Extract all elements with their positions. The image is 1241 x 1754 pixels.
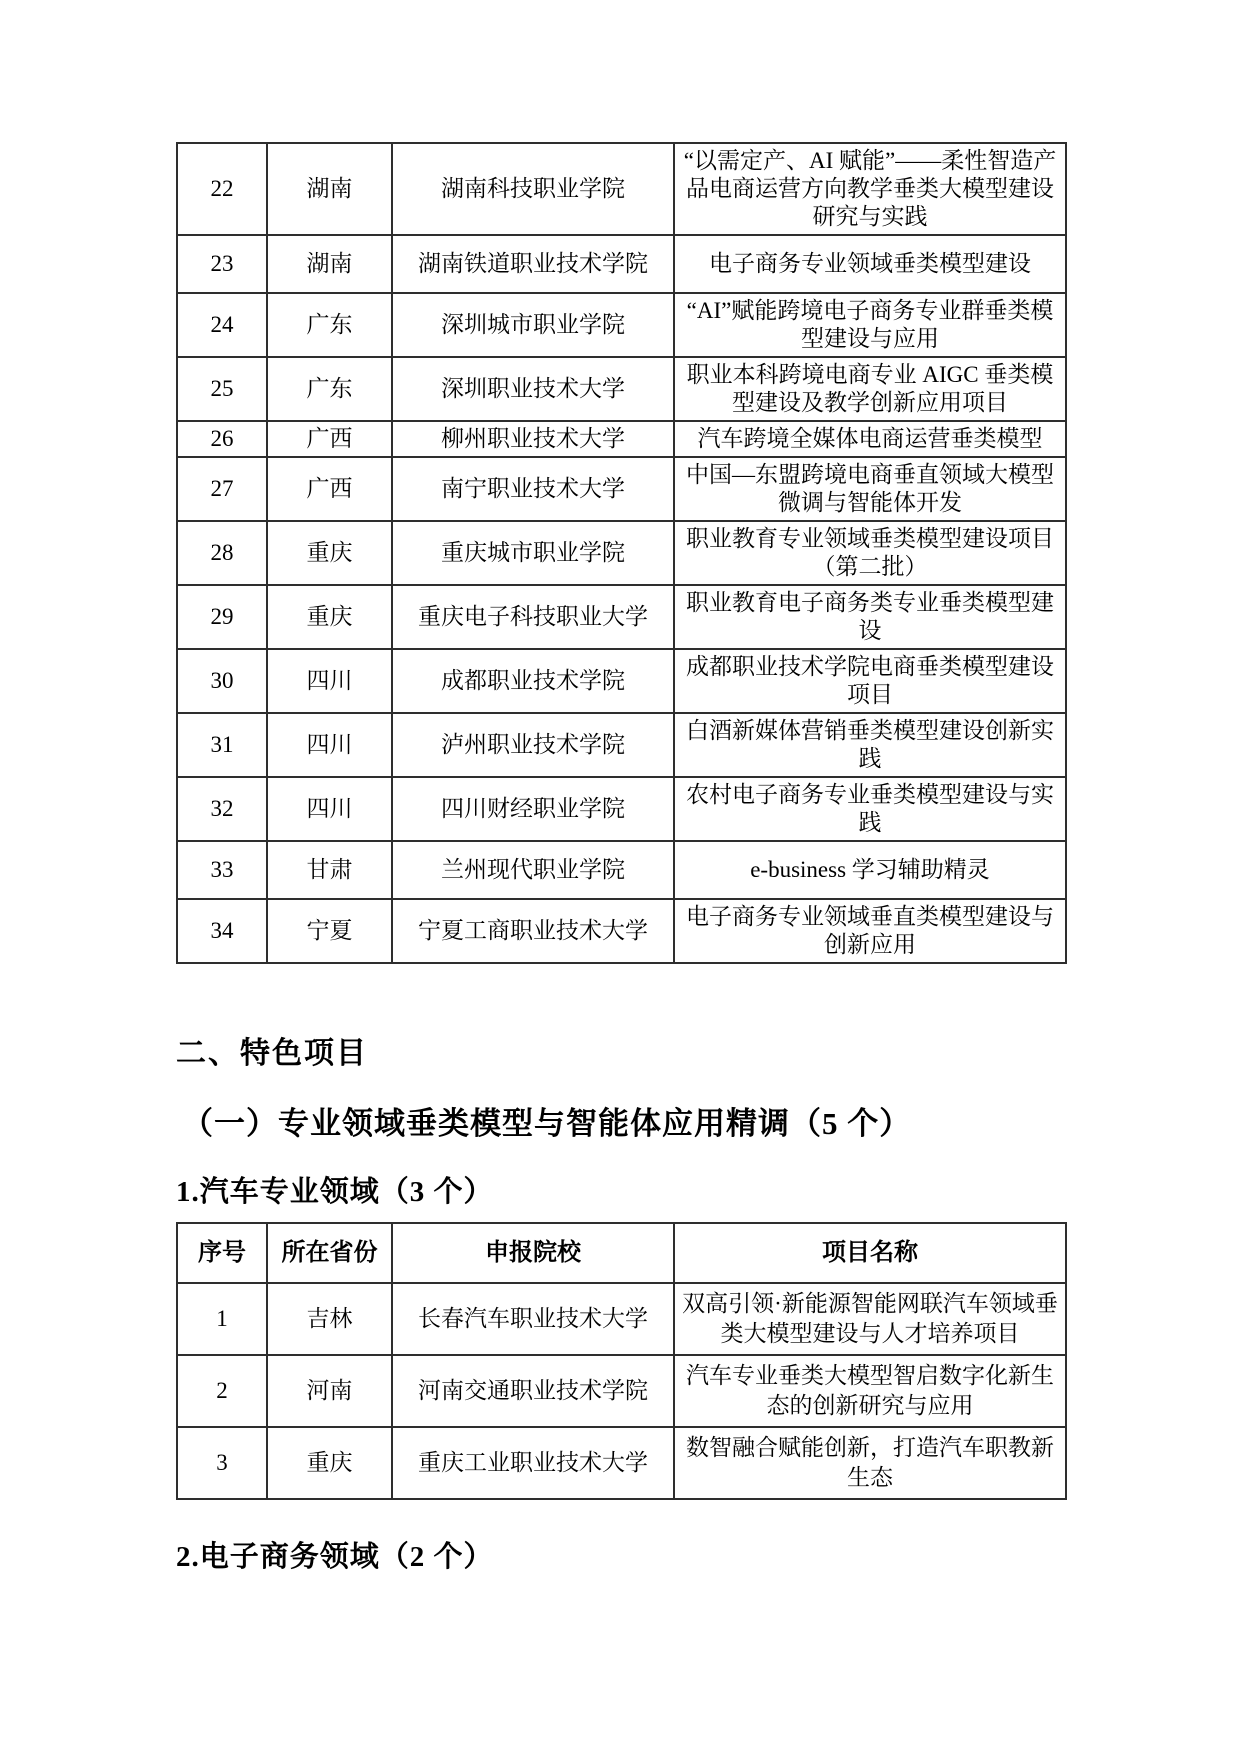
serial-cell: 29 [177,585,267,649]
province-cell: 广东 [267,293,392,357]
province-cell: 重庆 [267,585,392,649]
numbered-heading-automotive-domain: 1.汽车专业领域（3 个） [176,1169,1065,1210]
project-cell: 白酒新媒体营销垂类模型建设创新实践 [674,713,1066,777]
numbered-heading-ecommerce-domain: 2.电子商务领域（2 个） [176,1534,1065,1575]
project-cell: 成都职业技术学院电商垂类模型建设项目 [674,649,1066,713]
serial-cell: 27 [177,457,267,521]
table-row: 33 甘肃 兰州现代职业学院 e-business 学习辅助精灵 [177,841,1066,899]
school-cell: 宁夏工商职业技术大学 [392,899,674,963]
table-row: 25 广东 深圳职业技术大学 职业本科跨境电商专业 AIGC 垂类模型建设及教学… [177,357,1066,421]
table-row: 32 四川 四川财经职业学院 农村电子商务专业垂类模型建设与实践 [177,777,1066,841]
school-cell: 重庆工业职业技术大学 [392,1427,674,1499]
school-cell: 长春汽车职业技术大学 [392,1283,674,1355]
table-row: 1 吉林 长春汽车职业技术大学 双高引领·新能源智能网联汽车领域垂类大模型建设与… [177,1283,1066,1355]
header-school: 申报院校 [392,1223,674,1283]
serial-cell: 31 [177,713,267,777]
serial-cell: 25 [177,357,267,421]
table-row: 28 重庆 重庆城市职业学院 职业教育专业领域垂类模型建设项目（第二批） [177,521,1066,585]
table-header-row: 序号 所在省份 申报院校 项目名称 [177,1223,1066,1283]
province-cell: 四川 [267,713,392,777]
school-cell: 深圳城市职业学院 [392,293,674,357]
province-cell: 河南 [267,1355,392,1427]
table-row: 29 重庆 重庆电子科技职业大学 职业教育电子商务类专业垂类模型建设 [177,585,1066,649]
project-cell: 中国—东盟跨境电商垂直领域大模型微调与智能体开发 [674,457,1066,521]
province-cell: 四川 [267,649,392,713]
project-list-table: 22 湖南 湖南科技职业学院 “以需定产、AI 赋能”——柔性智造产品电商运营方… [176,142,1067,964]
table-row: 27 广西 南宁职业技术大学 中国—东盟跨境电商垂直领域大模型微调与智能体开发 [177,457,1066,521]
serial-cell: 28 [177,521,267,585]
province-cell: 湖南 [267,235,392,293]
school-cell: 湖南科技职业学院 [392,143,674,235]
serial-cell: 34 [177,899,267,963]
subsection-heading-vertical-model-finetune: （一）专业领域垂类模型与智能体应用精调（5 个） [182,1098,1065,1143]
serial-cell: 24 [177,293,267,357]
province-cell: 湖南 [267,143,392,235]
serial-cell: 2 [177,1355,267,1427]
project-cell: 数智融合赋能创新，打造汽车职教新生态 [674,1427,1066,1499]
school-cell: 兰州现代职业学院 [392,841,674,899]
serial-cell: 23 [177,235,267,293]
province-cell: 重庆 [267,521,392,585]
school-cell: 成都职业技术学院 [392,649,674,713]
table-row: 34 宁夏 宁夏工商职业技术大学 电子商务专业领域垂直类模型建设与创新应用 [177,899,1066,963]
province-cell: 四川 [267,777,392,841]
section-heading-special-projects: 二、特色项目 [176,1028,1065,1072]
serial-cell: 3 [177,1427,267,1499]
school-cell: 河南交通职业技术学院 [392,1355,674,1427]
province-cell: 重庆 [267,1427,392,1499]
header-project: 项目名称 [674,1223,1066,1283]
province-cell: 吉林 [267,1283,392,1355]
automotive-projects-table: 序号 所在省份 申报院校 项目名称 1 吉林 长春汽车职业技术大学 双高引领·新… [176,1222,1067,1500]
project-cell: “以需定产、AI 赋能”——柔性智造产品电商运营方向教学垂类大模型建设研究与实践 [674,143,1066,235]
table-row: 24 广东 深圳城市职业学院 “AI”赋能跨境电子商务专业群垂类模型建设与应用 [177,293,1066,357]
serial-cell: 32 [177,777,267,841]
table-row: 30 四川 成都职业技术学院 成都职业技术学院电商垂类模型建设项目 [177,649,1066,713]
province-cell: 广西 [267,457,392,521]
project-cell: 汽车跨境全媒体电商运营垂类模型 [674,421,1066,457]
project-cell: 职业教育专业领域垂类模型建设项目（第二批） [674,521,1066,585]
school-cell: 四川财经职业学院 [392,777,674,841]
province-cell: 甘肃 [267,841,392,899]
serial-cell: 26 [177,421,267,457]
serial-cell: 22 [177,143,267,235]
province-cell: 宁夏 [267,899,392,963]
serial-cell: 33 [177,841,267,899]
table-row: 3 重庆 重庆工业职业技术大学 数智融合赋能创新，打造汽车职教新生态 [177,1427,1066,1499]
header-province: 所在省份 [267,1223,392,1283]
table-row: 23 湖南 湖南铁道职业技术学院 电子商务专业领域垂类模型建设 [177,235,1066,293]
school-cell: 重庆电子科技职业大学 [392,585,674,649]
table-row: 2 河南 河南交通职业技术学院 汽车专业垂类大模型智启数字化新生态的创新研究与应… [177,1355,1066,1427]
serial-cell: 1 [177,1283,267,1355]
project-cell: “AI”赋能跨境电子商务专业群垂类模型建设与应用 [674,293,1066,357]
project-cell: 电子商务专业领域垂类模型建设 [674,235,1066,293]
province-cell: 广西 [267,421,392,457]
project-cell: 双高引领·新能源智能网联汽车领域垂类大模型建设与人才培养项目 [674,1283,1066,1355]
project-cell: 农村电子商务专业垂类模型建设与实践 [674,777,1066,841]
school-cell: 南宁职业技术大学 [392,457,674,521]
project-cell: 职业教育电子商务类专业垂类模型建设 [674,585,1066,649]
province-cell: 广东 [267,357,392,421]
school-cell: 湖南铁道职业技术学院 [392,235,674,293]
project-cell: e-business 学习辅助精灵 [674,841,1066,899]
school-cell: 柳州职业技术大学 [392,421,674,457]
school-cell: 深圳职业技术大学 [392,357,674,421]
school-cell: 泸州职业技术学院 [392,713,674,777]
project-cell: 电子商务专业领域垂直类模型建设与创新应用 [674,899,1066,963]
project-cell: 汽车专业垂类大模型智启数字化新生态的创新研究与应用 [674,1355,1066,1427]
project-cell: 职业本科跨境电商专业 AIGC 垂类模型建设及教学创新应用项目 [674,357,1066,421]
header-serial: 序号 [177,1223,267,1283]
school-cell: 重庆城市职业学院 [392,521,674,585]
serial-cell: 30 [177,649,267,713]
document-page: 22 湖南 湖南科技职业学院 “以需定产、AI 赋能”——柔性智造产品电商运营方… [0,0,1241,1754]
table-row: 22 湖南 湖南科技职业学院 “以需定产、AI 赋能”——柔性智造产品电商运营方… [177,143,1066,235]
document-content: 22 湖南 湖南科技职业学院 “以需定产、AI 赋能”——柔性智造产品电商运营方… [176,142,1065,1575]
table-row: 26 广西 柳州职业技术大学 汽车跨境全媒体电商运营垂类模型 [177,421,1066,457]
table-row: 31 四川 泸州职业技术学院 白酒新媒体营销垂类模型建设创新实践 [177,713,1066,777]
